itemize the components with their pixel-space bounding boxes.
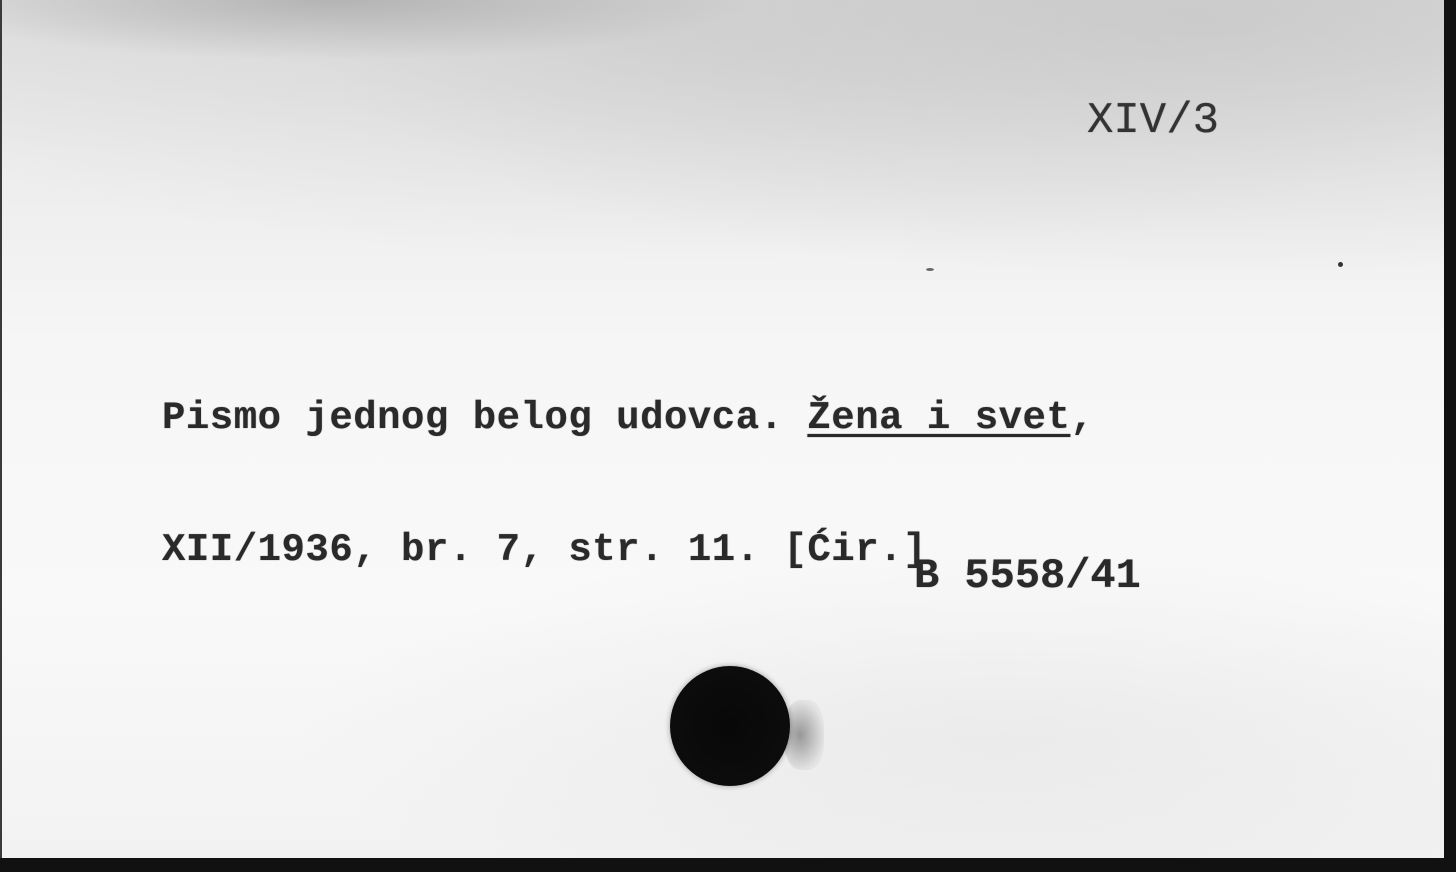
issue-details: XII/1936, br. 7, str. 11. xyxy=(162,528,784,572)
call-number: XIV/3 xyxy=(1087,96,1219,146)
accession-number: B 5558/41 xyxy=(914,552,1141,600)
punch-hole xyxy=(670,666,790,786)
punch-hole-tear xyxy=(784,700,824,770)
catalog-card: XIV/3 Pismo jednog belog udovca. Žena i … xyxy=(0,0,1446,858)
ink-speck xyxy=(926,268,934,271)
scan-border-right xyxy=(1444,0,1456,872)
entry-punctuation: , xyxy=(1070,396,1094,440)
periodical-title: Žena i svet xyxy=(807,396,1070,440)
bibliographic-entry: Pismo jednog belog udovca. Žena i svet, … xyxy=(162,308,1094,660)
article-title: Pismo jednog belog udovca. xyxy=(162,396,807,440)
entry-line-1: Pismo jednog belog udovca. Žena i svet, xyxy=(162,396,1094,440)
scan-border-bottom xyxy=(0,858,1456,872)
script-note: [Ćir.] xyxy=(784,528,927,572)
ink-speck xyxy=(1338,262,1343,267)
